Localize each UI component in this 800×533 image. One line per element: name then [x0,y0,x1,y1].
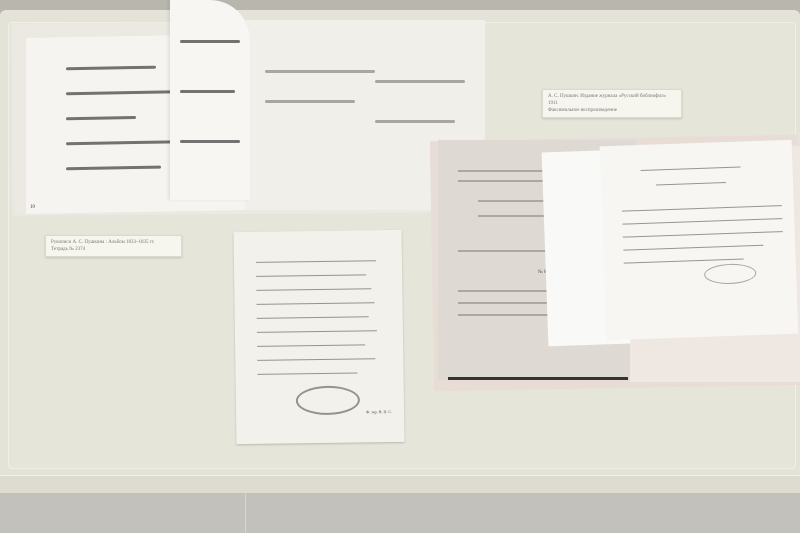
handwriting [375,120,455,123]
handwriting [623,231,783,238]
floor [0,493,800,533]
printed-text [458,180,548,182]
album-page-number: 10 [30,205,35,210]
left-label-line1: Рукописи А. С. Пушкина : Альбом 1833–183… [51,239,176,246]
handwriting [656,182,726,185]
handwriting [257,302,375,305]
handwriting [258,372,358,374]
printed-text [458,314,548,316]
handwriting [622,218,782,225]
handwriting [66,116,136,120]
handwriting [257,358,375,361]
left-label-line2: Тетрадь № 2374 [51,246,176,253]
signature [704,263,757,285]
left-label-plate: Рукописи А. С. Пушкина : Альбом 1833–183… [45,235,182,257]
handwriting [66,90,186,95]
facsimile-insert-sheet [600,140,799,341]
printed-text [458,250,548,252]
printed-text [478,200,548,202]
book-spine-edge [448,377,628,380]
handwriting [66,140,176,145]
printed-text [458,170,548,172]
handwriting [265,100,355,103]
signature [296,385,360,415]
handwriting [257,344,365,347]
handwriting [257,330,377,333]
handwriting [641,167,741,171]
printed-text [458,290,548,292]
handwriting [256,274,366,277]
handwriting [622,205,782,212]
right-label-line1: А. С. Пушкин. Издание журнала «Русский б… [548,93,676,107]
handwriting [624,258,744,263]
case-ledge [0,475,800,494]
handwriting [623,245,763,251]
right-label-line2: Факсимильное воспроизведение [548,107,676,114]
handwriting [180,90,235,93]
handwriting [66,166,161,171]
printed-text [458,302,548,304]
printed-text [478,215,548,217]
handwriting [180,140,240,143]
handwriting [265,70,375,73]
handwriting [180,40,240,43]
right-label-plate: А. С. Пушкин. Издание журнала «Русский б… [542,89,682,118]
handwritten-letter: Ф. зер. Н. П. С. [234,230,405,444]
handwriting [256,288,371,291]
handwriting [66,66,156,71]
handwriting [256,260,376,263]
letter-footnote: Ф. зер. Н. П. С. [366,409,392,414]
handwriting [375,80,465,83]
handwriting [257,316,369,319]
album-curled-page [170,0,250,200]
